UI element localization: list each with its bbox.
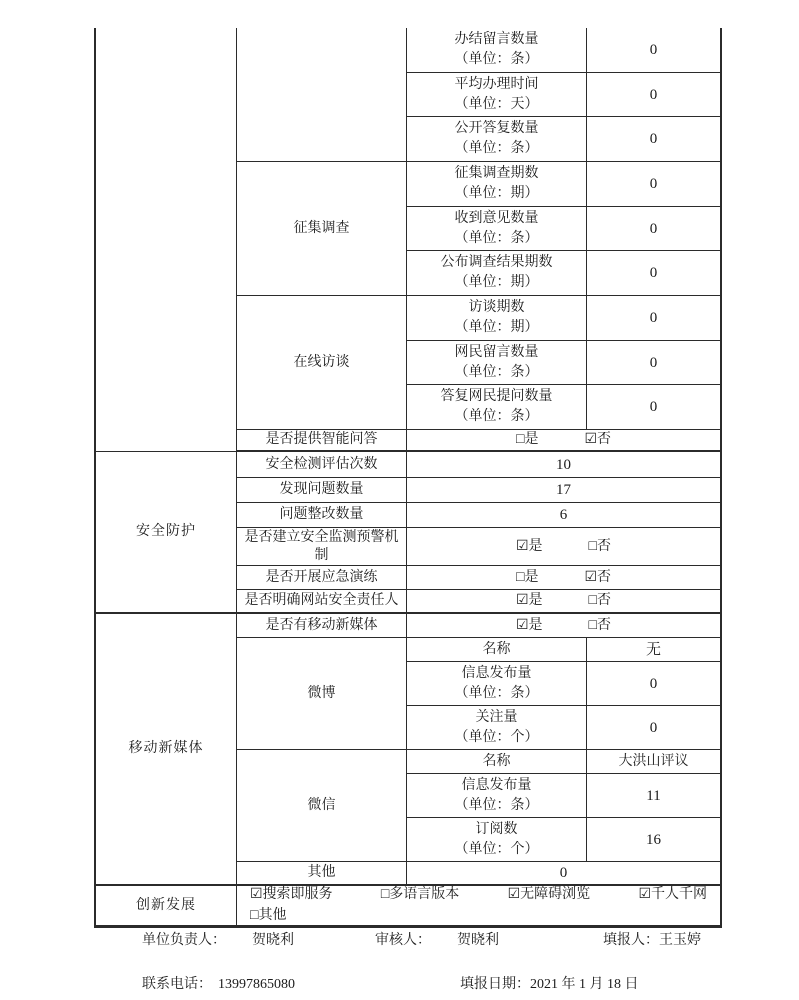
category-cell-empty xyxy=(96,28,237,452)
security-value-cell: 6 xyxy=(407,503,720,528)
mobile-other-value-cell: 0 xyxy=(407,862,720,886)
security-label-cell: 安全检测评估次数 xyxy=(237,452,407,478)
metric-unit: （单位：期） xyxy=(455,184,539,204)
phone-value: 13997865080 xyxy=(218,977,295,992)
signature-line: 填报人：王玉婷 xyxy=(603,929,701,949)
category-cell-innovation: 创新发展 xyxy=(96,886,237,925)
category-cell-mobile: 移动新媒体 xyxy=(96,614,237,886)
group-cell-survey: 征集调查 xyxy=(237,162,407,296)
metric-value-cell: 0 xyxy=(587,662,720,706)
metric-value-cell: 11 xyxy=(587,774,720,818)
mobile-hasmedia-label-cell: 是否有移动新媒体 xyxy=(237,614,407,638)
metric-unit: （单位：期） xyxy=(455,273,539,293)
metric-unit: （单位：条） xyxy=(455,50,539,70)
metric-label: 办结留言数量 xyxy=(455,30,539,50)
filler-label: 填报人： xyxy=(603,933,659,948)
checkbox-no: ☑否 xyxy=(584,568,611,588)
security-value-cell: 10 xyxy=(407,452,720,478)
checkbox-no: □否 xyxy=(589,537,611,557)
metric-label-cell: 答复网民提问数量 （单位：条） xyxy=(407,385,587,430)
metric-value-cell: 0 xyxy=(587,251,720,296)
phone-label: 联系电话： xyxy=(142,977,212,992)
metric-value-cell: 0 xyxy=(587,28,720,73)
metric-label-cell: 订阅数 （单位：个） xyxy=(407,818,587,862)
date-label: 填报日期： xyxy=(460,977,530,992)
security-warning-label-cell: 是否建立安全监测预警机 制 xyxy=(237,528,407,566)
contact-line: 联系电话：13997865080 xyxy=(142,973,295,993)
metric-label-cell: 信息发布量 （单位：条） xyxy=(407,774,587,818)
checkbox-yes: □是 xyxy=(516,430,538,450)
checkbox-option: ☑千人千网 xyxy=(638,885,707,905)
metric-unit: （单位：条） xyxy=(455,229,539,249)
date-value: 2021 年 1 月 18 日 xyxy=(530,977,639,992)
metric-label-cell: 访谈期数 （单位：期） xyxy=(407,296,587,341)
metric-unit: （单位：期） xyxy=(455,318,539,338)
metric-unit: （单位：天） xyxy=(455,95,539,115)
metric-label: 答复网民提问数量 xyxy=(441,387,553,407)
checkbox-option: ☑搜索即服务 xyxy=(250,885,333,905)
metric-unit: （单位：条） xyxy=(455,139,539,159)
reviewer-label: 审核人： xyxy=(375,933,431,948)
group-cell-wechat: 微信 xyxy=(237,750,407,862)
category-cell-security: 安全防护 xyxy=(96,452,237,614)
metric-label-cell: 平均办理时间 （单位：天） xyxy=(407,73,587,117)
checkbox-yes: □是 xyxy=(516,568,538,588)
checkbox-yes: ☑是 xyxy=(516,591,543,611)
security-label-cell: 问题整改数量 xyxy=(237,503,407,528)
metric-label-cell: 关注量 （单位：个） xyxy=(407,706,587,750)
innovation-options-row: ☑搜索即服务 □多语言版本 ☑无障碍浏览 ☑千人千网 xyxy=(250,885,707,905)
smart-qa-label-cell: 是否提供智能问答 xyxy=(237,430,407,452)
metric-label-cell: 网民留言数量 （单位：条） xyxy=(407,341,587,385)
metric-label-cell: 征集调查期数 （单位：期） xyxy=(407,162,587,207)
innovation-options-cell: ☑搜索即服务 □多语言版本 ☑无障碍浏览 ☑千人千网 □其他 xyxy=(237,886,720,925)
metric-label-cell: 公开答复数量 （单位：条） xyxy=(407,117,587,162)
signature-line: 单位负责人：贺晓利 xyxy=(142,929,294,949)
metric-label: 网民留言数量 xyxy=(455,343,539,363)
metric-value-cell: 无 xyxy=(587,638,720,662)
checkbox-no: ☑否 xyxy=(584,430,611,450)
innovation-other-row: □其他 xyxy=(250,906,707,926)
metric-value-cell: 16 xyxy=(587,818,720,862)
metric-label-cell: 名称 xyxy=(407,750,587,774)
metric-value-cell: 0 xyxy=(587,706,720,750)
checkbox-option: □多语言版本 xyxy=(381,885,459,905)
metric-label-cell: 办结留言数量 （单位：条） xyxy=(407,28,587,73)
mobile-other-label-cell: 其他 xyxy=(237,862,407,886)
metric-unit: （单位：条） xyxy=(455,407,539,427)
mobile-hasmedia-checkbox-cell: ☑是 □否 xyxy=(407,614,720,638)
security-drill-label-cell: 是否开展应急演练 xyxy=(237,566,407,590)
metric-value-cell: 0 xyxy=(587,73,720,117)
metric-value-cell: 0 xyxy=(587,117,720,162)
metric-value-cell: 0 xyxy=(587,207,720,251)
checkbox-yes: ☑是 xyxy=(516,616,543,636)
metric-value-cell: 大洪山评议 xyxy=(587,750,720,774)
metric-label: 公开答复数量 xyxy=(455,119,539,139)
responsible-person-label: 单位负责人： xyxy=(142,933,226,948)
smart-qa-checkbox-cell: □是 ☑否 xyxy=(407,430,720,452)
checkbox-option-other: □其他 xyxy=(250,906,286,926)
metric-value-cell: 0 xyxy=(587,296,720,341)
metric-label-cell: 名称 xyxy=(407,638,587,662)
metric-unit: （单位：条） xyxy=(455,363,539,383)
metric-label: 平均办理时间 xyxy=(455,75,539,95)
security-value-cell: 17 xyxy=(407,478,720,503)
reviewer-value: 贺晓利 xyxy=(457,933,499,948)
responsible-person-value: 贺晓利 xyxy=(252,933,294,948)
metric-label-cell: 公布调查结果期数 （单位：期） xyxy=(407,251,587,296)
metric-label: 征集调查期数 xyxy=(455,164,539,184)
date-line: 填报日期：2021 年 1 月 18 日 xyxy=(460,973,639,993)
metric-value-cell: 0 xyxy=(587,162,720,207)
metric-label: 访谈期数 xyxy=(469,298,525,318)
report-table: 办结留言数量 （单位：条） 0 平均办理时间 （单位：天） 0 公开答复数量 （… xyxy=(94,28,722,928)
group-cell-interview: 在线访谈 xyxy=(237,296,407,430)
checkbox-no: □否 xyxy=(589,616,611,636)
group-cell-weibo: 微博 xyxy=(237,638,407,750)
metric-value-cell: 0 xyxy=(587,341,720,385)
filler-value: 王玉婷 xyxy=(659,933,701,948)
metric-label-cell: 信息发布量 （单位：条） xyxy=(407,662,587,706)
checkbox-option: ☑无障碍浏览 xyxy=(508,885,591,905)
checkbox-no: □否 xyxy=(589,591,611,611)
fill-in-blank-line xyxy=(286,912,328,926)
security-warning-checkbox-cell: ☑是 □否 xyxy=(407,528,720,566)
metric-label-cell: 收到意见数量 （单位：条） xyxy=(407,207,587,251)
group-cell-empty xyxy=(237,28,407,162)
security-responsible-checkbox-cell: ☑是 □否 xyxy=(407,590,720,614)
security-drill-checkbox-cell: □是 ☑否 xyxy=(407,566,720,590)
checkbox-yes: ☑是 xyxy=(516,537,543,557)
security-responsible-label-cell: 是否明确网站安全责任人 xyxy=(237,590,407,614)
metric-label: 收到意见数量 xyxy=(455,209,539,229)
metric-label: 公布调查结果期数 xyxy=(441,253,553,273)
metric-value-cell: 0 xyxy=(587,385,720,430)
security-label-cell: 发现问题数量 xyxy=(237,478,407,503)
signature-line: 审核人：贺晓利 xyxy=(375,929,499,949)
